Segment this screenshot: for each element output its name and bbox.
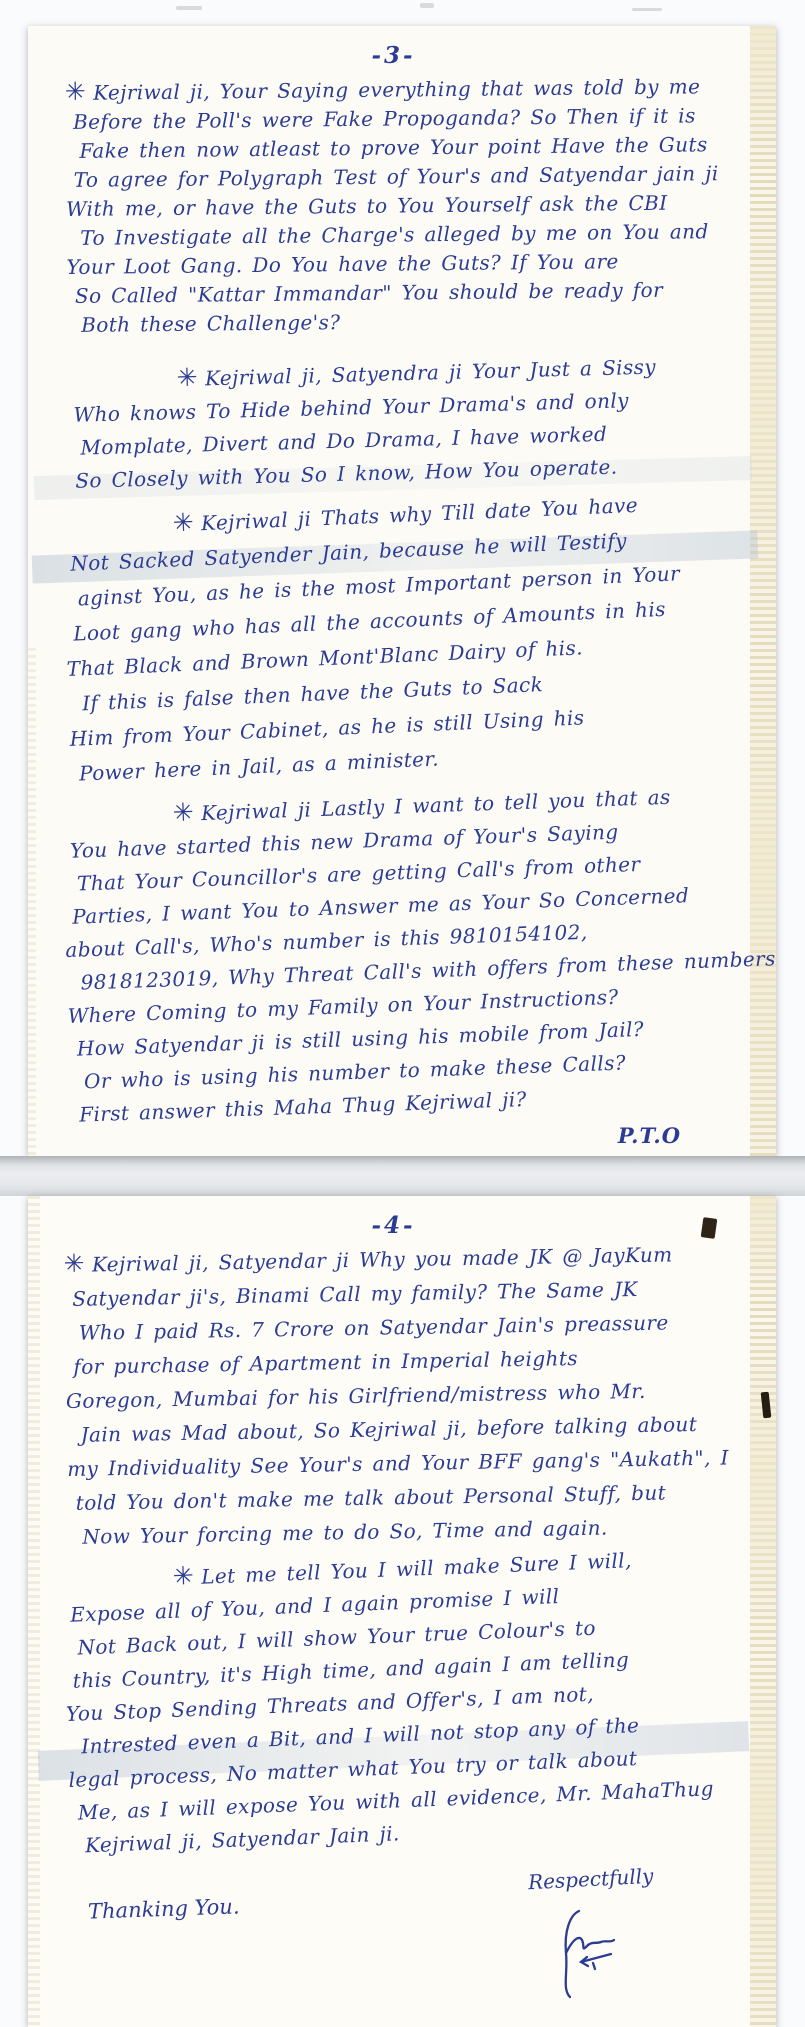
scan-edge-artifact bbox=[28, 1196, 40, 2027]
scanner-speck bbox=[420, 3, 434, 8]
pto-note: P.T.O bbox=[618, 1123, 681, 1148]
page-number: -4- bbox=[66, 1212, 721, 1239]
page-separator bbox=[0, 1156, 805, 1196]
scan-edge-artifact bbox=[750, 1196, 776, 2027]
asterisk-bullet: ✳ bbox=[172, 508, 195, 538]
sign-off: Respectfully bbox=[527, 1864, 654, 1895]
letter-page-4: -4- ✳Kejriwal ji, Satyendar ji Why you m… bbox=[28, 1196, 776, 2027]
paragraph: ✳Kejriwal ji, Satyendra ji Your Just a S… bbox=[64, 347, 722, 498]
paragraph: ✳Kejriwal ji, Your Saying everything tha… bbox=[65, 70, 723, 340]
asterisk-bullet: ✳ bbox=[172, 1561, 194, 1591]
asterisk-bullet: ✳ bbox=[63, 1249, 85, 1278]
scan-edge-artifact bbox=[750, 26, 776, 1156]
signature bbox=[551, 1905, 623, 2005]
scanner-speck bbox=[176, 6, 202, 10]
asterisk-bullet: ✳ bbox=[172, 797, 194, 827]
letter-closing: Respectfully Thanking You. bbox=[66, 1867, 721, 2027]
paragraph: ✳Kejriwal ji Thats why Till date You hav… bbox=[60, 483, 726, 792]
paragraph: ✳Kejriwal ji Lastly I want to tell you t… bbox=[60, 777, 726, 1132]
page-number: -3- bbox=[66, 42, 721, 69]
asterisk-bullet: ✳ bbox=[65, 77, 87, 106]
letter-page-3: -3- ✳Kejriwal ji, Your Saying everything… bbox=[28, 26, 776, 1156]
paragraph: ✳Let me tell You I will make Sure I will… bbox=[60, 1539, 726, 1863]
asterisk-bullet: ✳ bbox=[176, 363, 198, 393]
thanking-line: Thanking You. bbox=[88, 1894, 240, 1923]
handwritten-line: Both these Challenge's? bbox=[81, 304, 722, 340]
paragraph: ✳Kejriwal ji, Satyendar ji Why you made … bbox=[63, 1236, 723, 1554]
handwritten-text-block: ✳Kejriwal ji, Satyendar ji Why you made … bbox=[66, 1247, 721, 1863]
scan-edge-artifact bbox=[28, 648, 36, 1157]
handwritten-text-block: ✳Kejriwal ji, Your Saying everything tha… bbox=[66, 77, 721, 1132]
scanner-speck bbox=[632, 8, 662, 11]
